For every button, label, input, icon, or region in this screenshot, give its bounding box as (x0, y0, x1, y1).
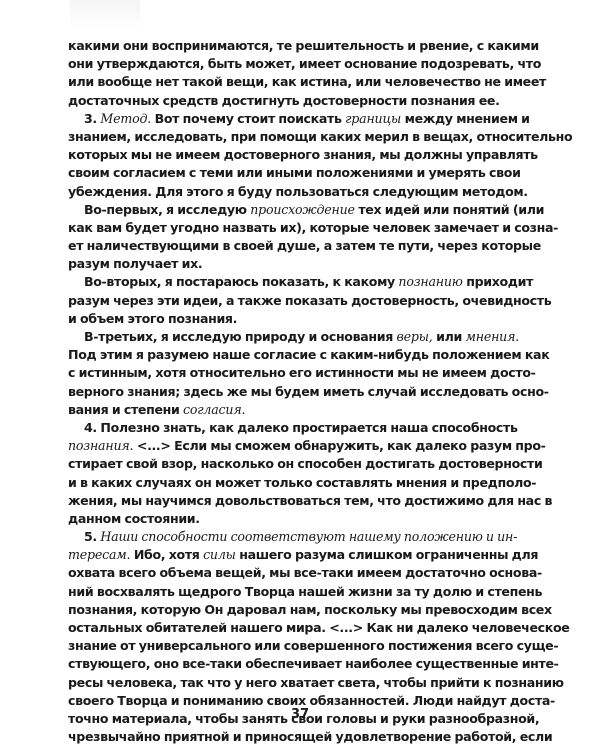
text-run: своего Творца и пониманию своих обязанно… (68, 693, 555, 708)
text-run: вания и степени (68, 402, 183, 417)
text-line: знанием, исследовать, при помощи каких м… (68, 128, 502, 146)
text-line: разум через эти идеи, а также показать д… (68, 292, 502, 310)
text-run: ет наличествующими в своей душе, а затем… (68, 238, 541, 253)
text-line: которых мы не имеем достоверного знания,… (68, 146, 502, 164)
text-run: они утверждаются, быть может, имеет осно… (68, 56, 541, 71)
paragraph-first-line: Во-вторых, я постараюсь показать, к како… (68, 273, 502, 291)
text-run: <...> Если мы сможем обнаружить, как дал… (133, 438, 545, 453)
text-run: Под этим я разумею наше согласие с каким… (68, 347, 549, 362)
italic-emphasis: познания. (68, 438, 133, 453)
text-run: достаточных средств достигнуть достоверн… (68, 93, 500, 108)
text-run: верного знания; здесь же мы будем иметь … (68, 384, 549, 399)
paragraph-first-line: 3. Метод. Вот почему стоит поискать гран… (68, 110, 502, 128)
italic-emphasis: веры, (396, 329, 432, 344)
text-run: стирает свой взор, насколько он способен… (68, 456, 542, 471)
text-line: знание от универсального или совершенног… (68, 637, 502, 655)
text-run: какими они воспринимаются, те решительно… (68, 38, 539, 53)
text-run: ствующего, оно все-таки обеспечивает наи… (68, 656, 559, 671)
text-run: 4. Полезно знать, как далеко простираетс… (84, 420, 518, 435)
text-run: Во-вторых, я постараюсь показать, к како… (84, 274, 398, 289)
text-run: с истинным, хотя относительно его истинн… (68, 365, 536, 380)
text-run: охвата всего объема вещей, мы все-таки и… (68, 565, 542, 580)
text-run: знанием, исследовать, при помощи каких м… (68, 129, 572, 144)
text-line: стирает свой взор, насколько он способен… (68, 455, 502, 473)
text-line: чрезвычайно приятной и приносящей удовле… (68, 728, 502, 746)
text-run: убеждения. Для этого я буду пользоваться… (68, 184, 528, 199)
text-line: они утверждаются, быть может, имеет осно… (68, 55, 502, 73)
italic-emphasis: мнения. (466, 329, 520, 344)
text-run: которых мы не имеем достоверного знания,… (68, 147, 538, 162)
text-run: 5. (84, 529, 100, 544)
text-line: как вам будет угодно назвать их), которы… (68, 219, 502, 237)
text-run: разум получает их. (68, 256, 202, 271)
text-run: между мнением и (401, 111, 530, 126)
text-line: своим согласием с теми или иными положен… (68, 164, 502, 182)
text-run: тех идей или понятий (или (355, 202, 544, 217)
text-line: ствующего, оно все-таки обеспечивает наи… (68, 655, 502, 673)
text-line: верного знания; здесь же мы будем иметь … (68, 383, 502, 401)
paragraph-first-line: Во-первых, я исследую происхождение тех … (68, 201, 502, 219)
italic-emphasis: Наши способности соответствуют нашему по… (100, 529, 517, 544)
text-run: жения, мы научимся довольствоваться тем,… (68, 493, 552, 508)
text-run: разум через эти идеи, а также показать д… (68, 293, 551, 308)
text-line: ресы человека, так что у него хватает св… (68, 674, 502, 692)
text-line: какими они воспринимаются, те решительно… (68, 37, 502, 55)
text-line: Под этим я разумею наше согласие с каким… (68, 346, 502, 364)
paragraph-first-line: 5. Наши способности соответствуют нашему… (68, 528, 502, 546)
text-line: ет наличествующими в своей душе, а затем… (68, 237, 502, 255)
text-run: данном состоянии. (68, 511, 200, 526)
text-line: вания и степени согласия. (68, 401, 502, 419)
text-run: нашего разума слишком ограниченны для (236, 547, 538, 562)
text-line: данном состоянии. (68, 510, 502, 528)
text-run: или (433, 329, 466, 344)
text-line: охвата всего объема вещей, мы все-таки и… (68, 564, 502, 582)
text-run: приходит (463, 274, 533, 289)
italic-emphasis: Метод. (100, 111, 151, 126)
text-line: тересам. Ибо, хотя силы нашего разума сл… (68, 546, 502, 564)
italic-emphasis: происхождение (250, 202, 355, 217)
text-run: и в каких случаях он может только состав… (68, 475, 536, 490)
text-line: и объем этого познания. (68, 310, 502, 328)
text-run: и объем этого познания. (68, 311, 237, 326)
paragraph-first-line: 4. Полезно знать, как далеко простираетс… (68, 419, 502, 437)
text-line: познания, которую Он даровал нам, поскол… (68, 601, 502, 619)
scan-edge-shadow (70, 0, 140, 30)
text-line: ний восхвалять щедрого Творца нашей жизн… (68, 583, 502, 601)
italic-emphasis: силы (203, 547, 236, 562)
text-run: В-третьих, я исследую природу и основани… (84, 329, 396, 344)
text-line: познания. <...> Если мы сможем обнаружит… (68, 437, 502, 455)
text-run: Во-первых, я исследую (84, 202, 250, 217)
text-run: своим согласием с теми или иными положен… (68, 165, 521, 180)
italic-emphasis: согласия. (183, 402, 245, 417)
text-run: чрезвычайно приятной и приносящей удовле… (68, 729, 552, 744)
text-line: с истинным, хотя относительно его истинн… (68, 364, 502, 382)
text-line: убеждения. Для этого я буду пользоваться… (68, 183, 502, 201)
text-line: или вообще нет такой вещи, как истина, и… (68, 73, 502, 91)
text-run: как вам будет угодно назвать их), которы… (68, 220, 558, 235)
text-line: и в каких случаях он может только состав… (68, 474, 502, 492)
text-line: разум получает их. (68, 255, 502, 273)
text-line: остальных обитателей нашего мира. <...> … (68, 619, 502, 637)
text-run: Ибо, хотя (130, 547, 203, 562)
body-text: какими они воспринимаются, те решительно… (68, 37, 502, 746)
text-line: достаточных средств достигнуть достоверн… (68, 92, 502, 110)
text-run: ний восхвалять щедрого Творца нашей жизн… (68, 584, 542, 599)
text-line: жения, мы научимся довольствоваться тем,… (68, 492, 502, 510)
italic-emphasis: границы (345, 111, 401, 126)
page-number: 37 (0, 707, 600, 722)
paragraph-first-line: В-третьих, я исследую природу и основани… (68, 328, 502, 346)
text-run: остальных обитателей нашего мира. <...> … (68, 620, 569, 635)
text-run: знание от универсального или совершенног… (68, 638, 558, 653)
text-run: ресы человека, так что у него хватает св… (68, 675, 564, 690)
text-run: 3. (84, 111, 100, 126)
text-run: или вообще нет такой вещи, как истина, и… (68, 74, 546, 89)
text-run: Вот почему стоит поискать (151, 111, 345, 126)
italic-emphasis: познанию (398, 274, 462, 289)
italic-emphasis: тересам. (68, 547, 130, 562)
text-run: познания, которую Он даровал нам, поскол… (68, 602, 552, 617)
